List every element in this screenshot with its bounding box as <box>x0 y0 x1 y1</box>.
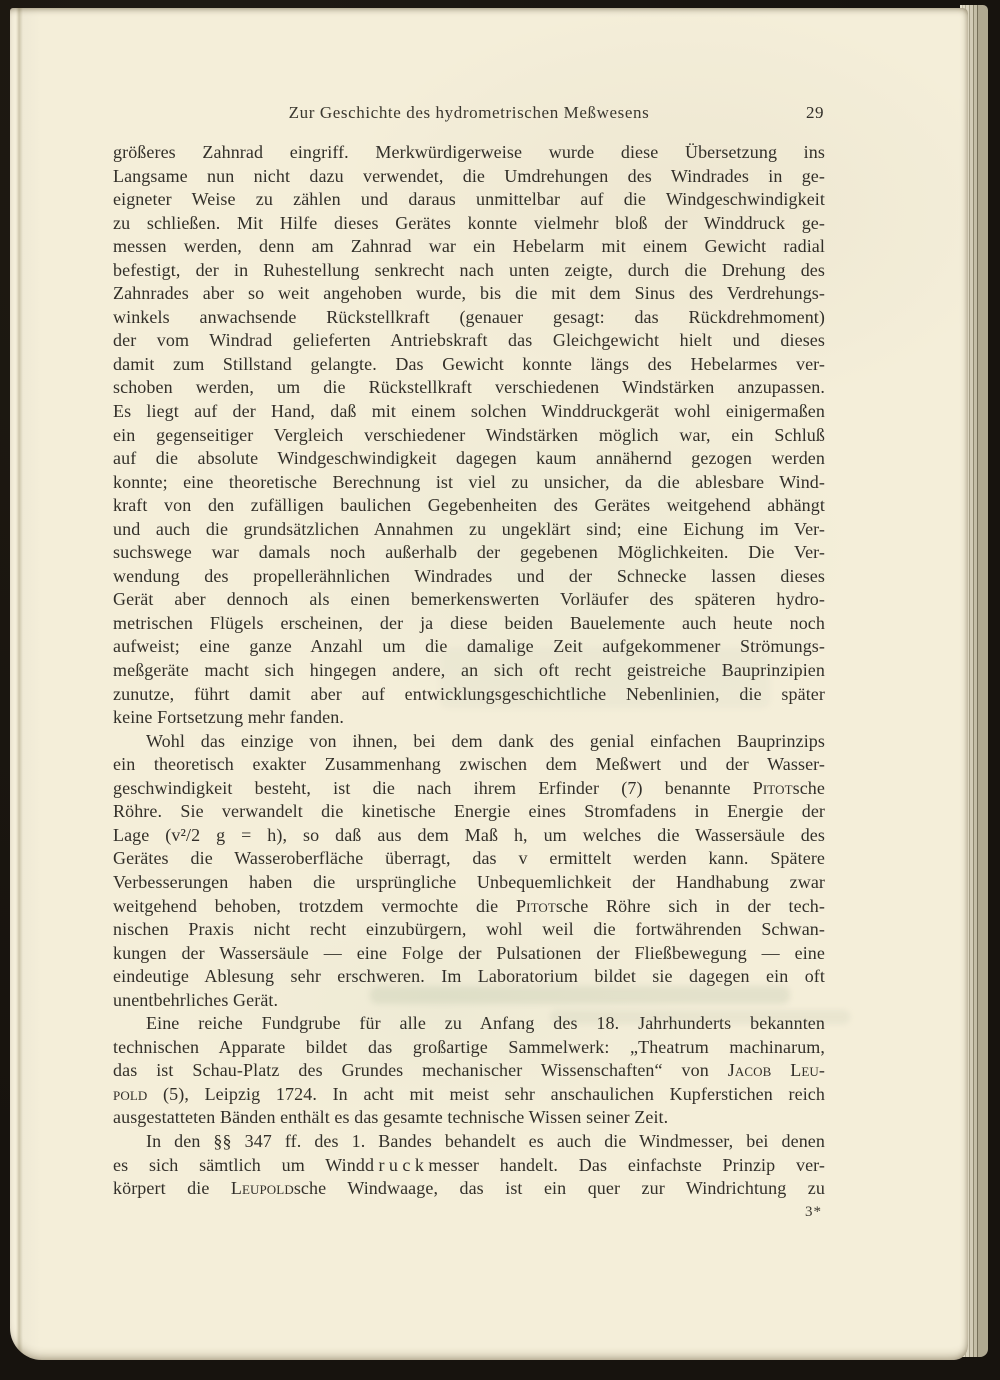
text-line: Lage (v²/2 g = h), so daß aus dem Maß h,… <box>113 824 825 848</box>
text-line: es sich sämtlich um Winddruckmesser hand… <box>113 1154 825 1178</box>
letterspaced-emphasis: druck <box>365 1155 428 1175</box>
text-line: meßgeräte macht sich hingegen andere, an… <box>113 659 825 683</box>
text-line: metrischen Flügels erscheinen, der ja di… <box>113 612 825 636</box>
text-line: zu schließen. Mit Hilfe dieses Gerätes k… <box>113 212 825 236</box>
text-line: unentbehrliches Gerät. <box>113 989 825 1013</box>
small-caps-name: Pitot <box>516 896 556 916</box>
text-line: weitgehend behoben, trotzdem vermochte d… <box>113 895 825 919</box>
text-line: In den §§ 347 ff. des 1. Bandes behandel… <box>113 1130 825 1154</box>
text-line: aufweist; eine ganze Anzahl um die damal… <box>113 635 825 659</box>
text-line: messen werden, denn am Zahnrad war ein H… <box>113 235 825 259</box>
text-line: Röhre. Sie verwandelt die kinetische Ene… <box>113 800 825 824</box>
text-line: der vom Windrad gelieferten Antriebskraf… <box>113 329 825 353</box>
text-line: winkels anwachsende Rückstellkraft (gena… <box>113 306 825 330</box>
text-line: kraft von den zufälligen baulichen Gegeb… <box>113 494 825 518</box>
text-line: keine Fortsetzung mehr fanden. <box>113 706 825 730</box>
running-header-title: Zur Geschichte des hydrometrischen Meßwe… <box>113 103 825 123</box>
running-header: Zur Geschichte des hydrometrischen Meßwe… <box>113 103 825 127</box>
text-line: Wohl das einzige von ihnen, bei dem dank… <box>113 730 825 754</box>
text-line: zunutze, führt damit aber auf entwicklun… <box>113 683 825 707</box>
text-line: Verbesserungen haben die ursprüngliche U… <box>113 871 825 895</box>
text-line: Eine reiche Fundgrube für alle zu Anfang… <box>113 1012 825 1036</box>
paragraph: größeres Zahnrad eingriff. Merkwürdigerw… <box>113 141 825 730</box>
text-line: auf die absolute Windgeschwindigkeit dag… <box>113 447 825 471</box>
text-line: ein theoretisch exakter Zusammenhang zwi… <box>113 753 825 777</box>
small-caps-name: Leupold <box>231 1178 294 1198</box>
paragraph: Eine reiche Fundgrube für alle zu Anfang… <box>113 1012 825 1130</box>
text-line: ein gegenseitiger Vergleich verschiedene… <box>113 424 825 448</box>
text-line: Gerät aber dennoch als einen bemerkenswe… <box>113 588 825 612</box>
small-caps-name: Pitot <box>753 778 793 798</box>
paragraph: In den §§ 347 ff. des 1. Bandes behandel… <box>113 1130 825 1201</box>
book-page: Zur Geschichte des hydrometrischen Meßwe… <box>10 8 968 1360</box>
text-line: damit zum Stillstand gelangte. Das Gewic… <box>113 353 825 377</box>
text-line: technischen Apparate bildet das großarti… <box>113 1036 825 1060</box>
text-line: nischen Praxis nicht recht einzubürgern,… <box>113 918 825 942</box>
paragraph: Wohl das einzige von ihnen, bei dem dank… <box>113 730 825 1013</box>
text-line: befestigt, der in Ruhestellung senkrecht… <box>113 259 825 283</box>
text-line: schoben werden, um die Rückstellkraft ve… <box>113 376 825 400</box>
page-number: 29 <box>806 103 824 123</box>
text-line: Es liegt auf der Hand, daß mit einem sol… <box>113 400 825 424</box>
small-caps-name: Leu <box>790 1060 819 1080</box>
text-line: eigneter Weise zu zählen und daraus unmi… <box>113 188 825 212</box>
text-line: wendung des propellerähnlichen Windrades… <box>113 565 825 589</box>
text-line: ausgestatteten Bänden enthält es das ges… <box>113 1106 825 1130</box>
text-block: größeres Zahnrad eingriff. Merkwürdigerw… <box>113 141 825 1201</box>
text-line: Gerätes die Wasseroberfläche überragt, d… <box>113 847 825 871</box>
text-line: Langsame nun nicht dazu verwendet, die U… <box>113 165 825 189</box>
text-line: und auch die grundsätzlichen Annahmen zu… <box>113 518 825 542</box>
text-line: pold (5), Leipzig 1724. In acht mit meis… <box>113 1083 825 1107</box>
text-line: das ist Schau-Platz des Grundes mechanis… <box>113 1059 825 1083</box>
book-scan: Zur Geschichte des hydrometrischen Meßwe… <box>0 0 1000 1380</box>
text-line: Zahnrades aber so weit angehoben wurde, … <box>113 282 825 306</box>
signature-mark: 3* <box>805 1204 822 1221</box>
text-line: körpert die Leupoldsche Windwaage, das i… <box>113 1177 825 1201</box>
text-line: eindeutige Ablesung sehr erschweren. Im … <box>113 965 825 989</box>
text-line: geschwindigkeit besteht, ist die nach ih… <box>113 777 825 801</box>
text-line: größeres Zahnrad eingriff. Merkwürdigerw… <box>113 141 825 165</box>
text-line: kungen der Wassersäule — eine Folge der … <box>113 942 825 966</box>
text-line: suchswege war damals noch außerhalb der … <box>113 541 825 565</box>
small-caps-name: pold <box>113 1084 147 1104</box>
text-line: konnte; eine theoretische Berechnung ist… <box>113 471 825 495</box>
small-caps-name: Jacob <box>728 1060 772 1080</box>
